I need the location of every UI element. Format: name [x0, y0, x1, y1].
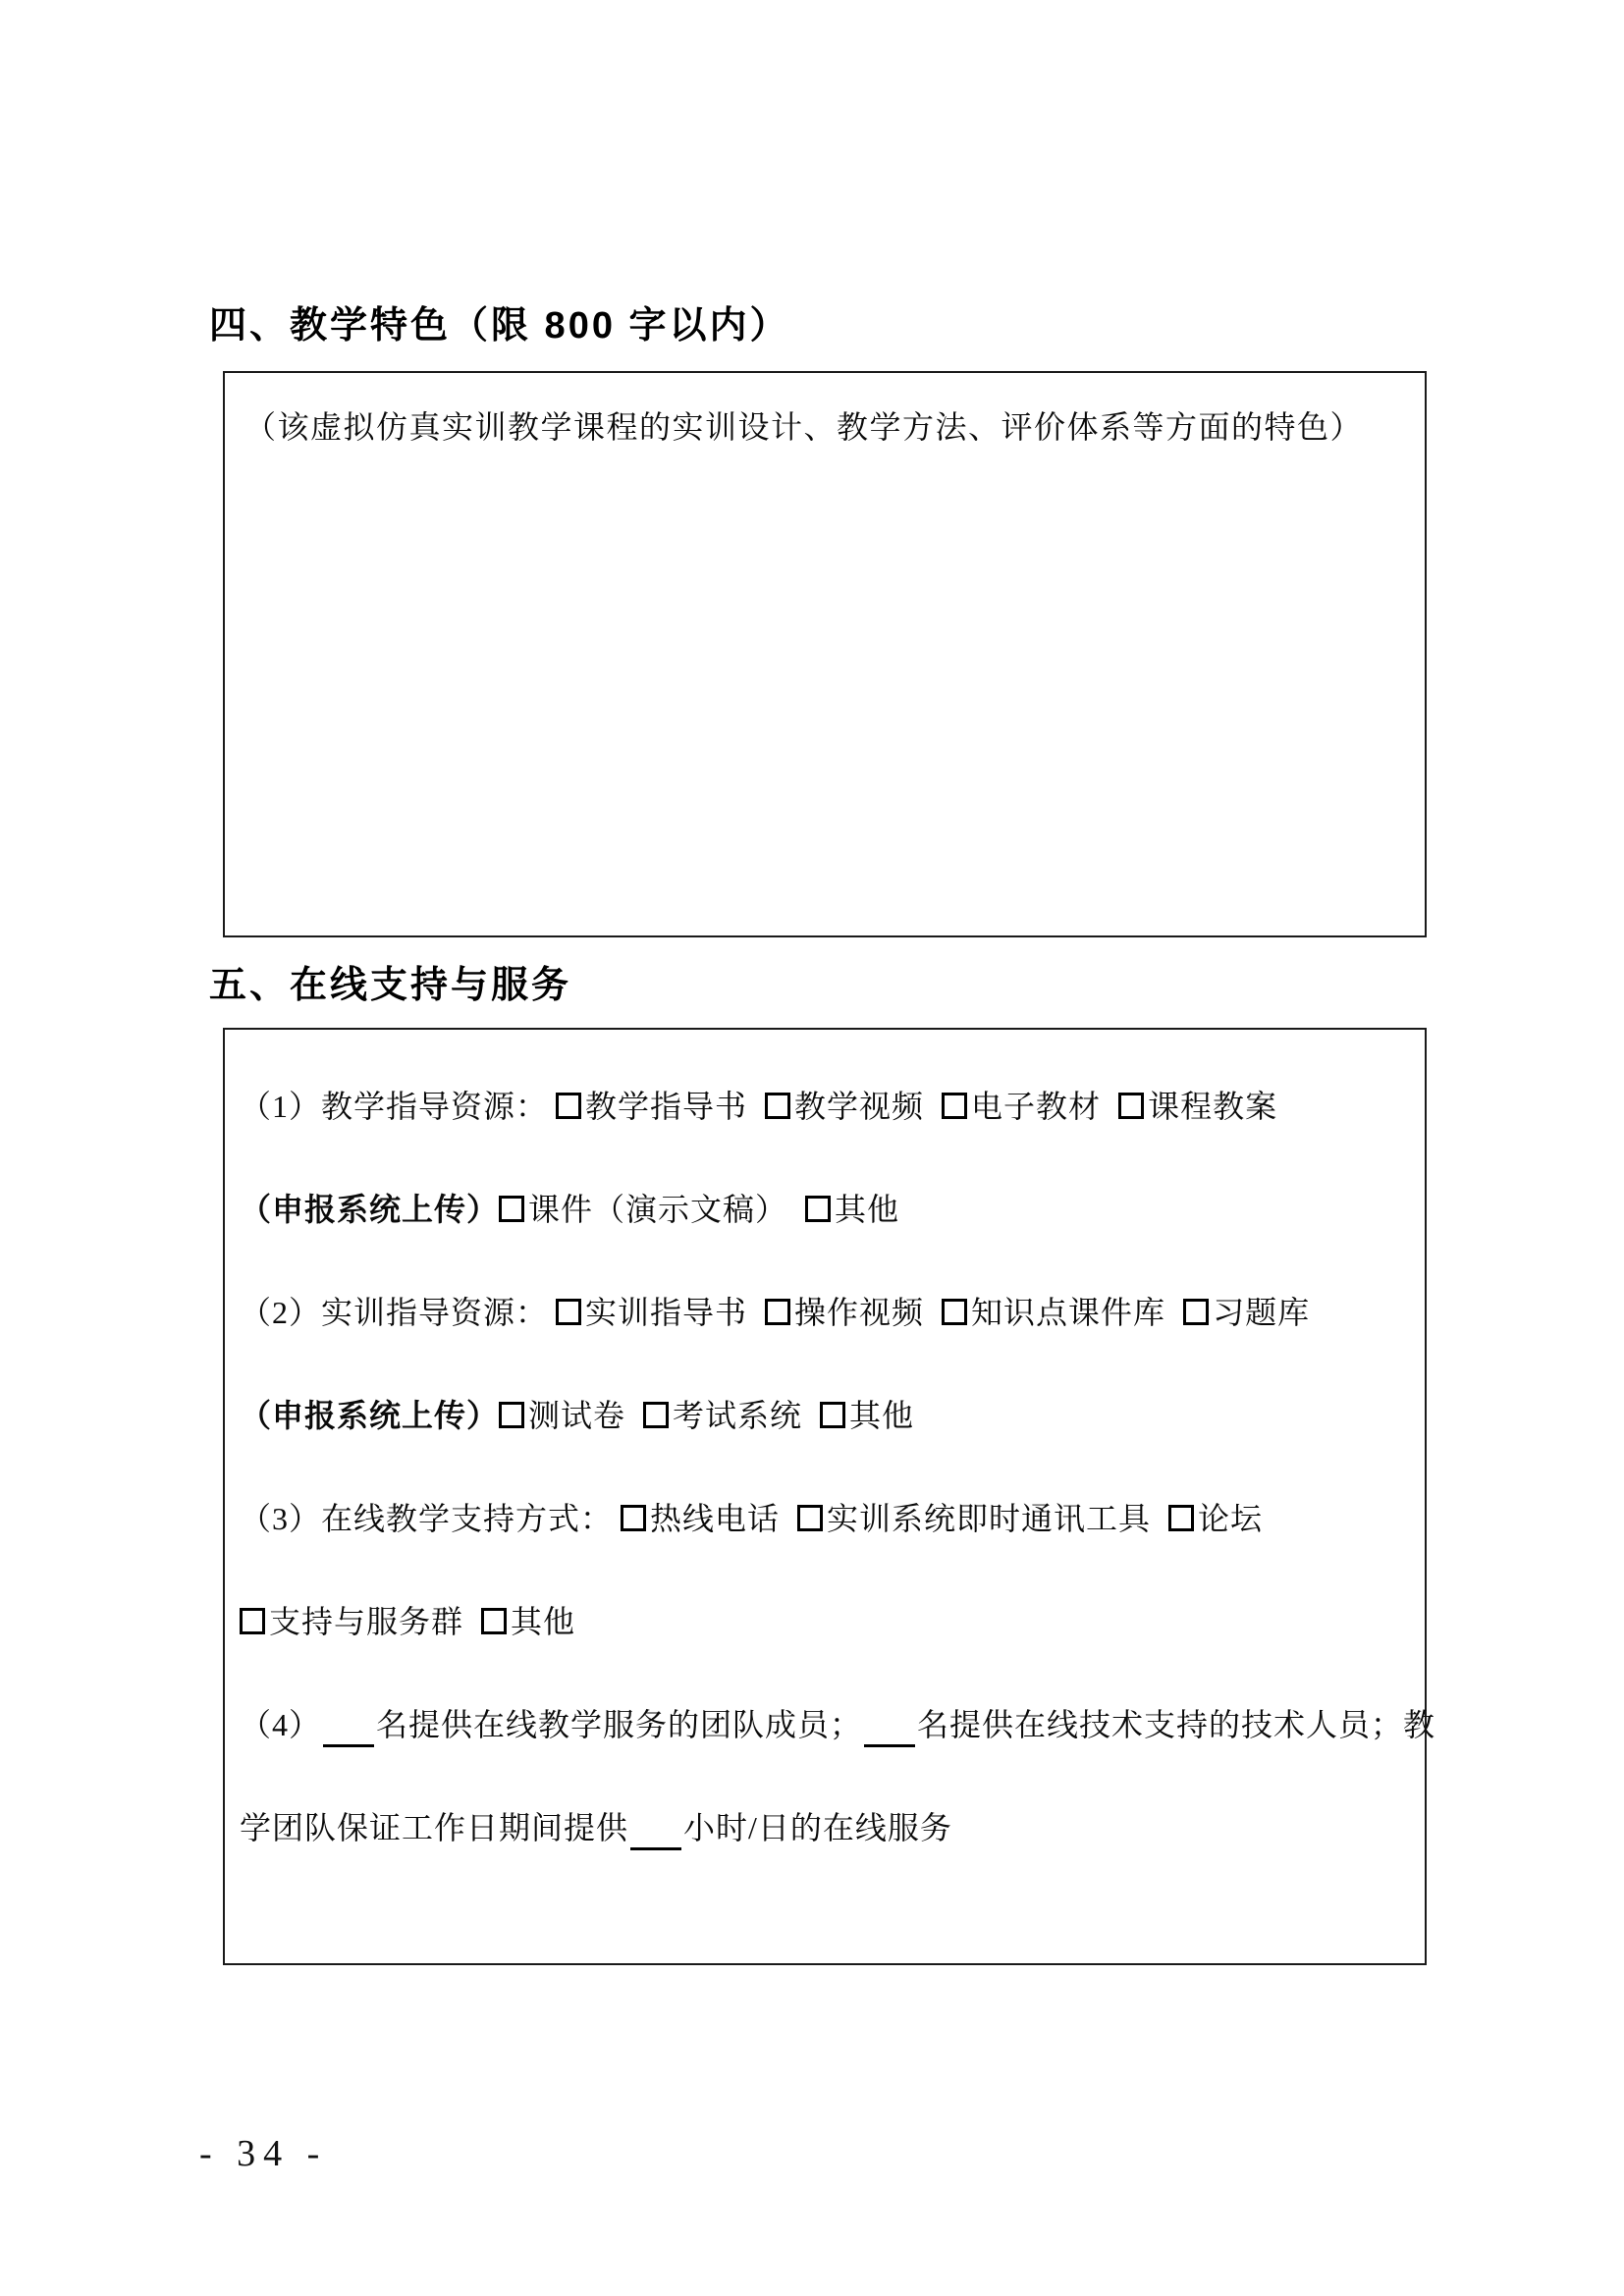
checkbox-label: 教学视频	[794, 1089, 924, 1124]
section-5-heading: 五、在线支持与服务	[209, 954, 571, 1008]
checkbox-option: 课程教案	[1118, 1084, 1277, 1129]
checkbox-option: 电子教材	[942, 1084, 1101, 1129]
fill-in-blank[interactable]	[864, 1718, 915, 1747]
checkbox-label: 测试卷	[528, 1398, 625, 1433]
checkbox-icon[interactable]	[499, 1402, 524, 1428]
checkbox-option: 课件（演示文稿）	[499, 1187, 787, 1232]
form-line-1: （1）教学指导资源：教学指导书教学视频电子教材课程教案	[240, 1084, 1419, 1129]
form-line-3: （2）实训指导资源：实训指导书操作视频知识点课件库习题库	[240, 1290, 1419, 1335]
checkbox-icon[interactable]	[765, 1093, 790, 1119]
checkbox-icon[interactable]	[765, 1299, 790, 1325]
section-4-heading: 四、教学特色（限 800 字以内）	[209, 294, 790, 348]
checkbox-option: 知识点课件库	[942, 1290, 1165, 1335]
checkbox-label: 支持与服务群	[269, 1604, 463, 1639]
checkbox-icon[interactable]	[942, 1299, 967, 1325]
checkbox-icon[interactable]	[1118, 1093, 1144, 1119]
checkbox-option: 考试系统	[643, 1393, 802, 1438]
line7-seg3: 名提供在线技术支持的技术人员；教	[917, 1707, 1435, 1742]
checkbox-option: 教学视频	[765, 1084, 924, 1129]
checkbox-label: 课程教案	[1148, 1089, 1277, 1124]
checkbox-option: 论坛	[1168, 1496, 1263, 1541]
line7-seg1: （4）	[240, 1707, 321, 1742]
checkbox-icon[interactable]	[820, 1402, 845, 1428]
checkbox-option: 习题库	[1183, 1290, 1310, 1335]
online-support-box: （1）教学指导资源：教学指导书教学视频电子教材课程教案 （申报系统上传）课件（演…	[223, 1028, 1427, 1965]
checkbox-icon[interactable]	[556, 1093, 581, 1119]
checkbox-icon[interactable]	[481, 1608, 507, 1634]
line8-seg1: 学团队保证工作日期间提供	[240, 1810, 628, 1845]
checkbox-option: 其他	[820, 1393, 914, 1438]
checkbox-icon[interactable]	[1183, 1299, 1209, 1325]
checkbox-label: 其他	[511, 1604, 575, 1639]
checkbox-label: 热线电话	[650, 1501, 780, 1536]
checkbox-label: 课件（演示文稿）	[528, 1192, 787, 1227]
checkbox-icon[interactable]	[621, 1505, 646, 1531]
form-line-8: 学团队保证工作日期间提供小时/日的在线服务	[240, 1805, 1419, 1850]
checkbox-option: 实训系统即时通讯工具	[797, 1496, 1151, 1541]
checkbox-option: 测试卷	[499, 1393, 625, 1438]
checkbox-icon[interactable]	[643, 1402, 669, 1428]
document-page: 四、教学特色（限 800 字以内） （该虚拟仿真实训教学课程的实训设计、教学方法…	[0, 0, 1624, 2296]
line5-prefix: （3）在线教学支持方式：	[240, 1501, 613, 1536]
checkbox-icon[interactable]	[556, 1299, 581, 1325]
checkbox-label: 论坛	[1198, 1501, 1263, 1536]
line7-seg2: 名提供在线教学服务的团队成员；	[376, 1707, 862, 1742]
checkbox-label: 习题库	[1213, 1295, 1310, 1330]
checkbox-label: 实训指导书	[585, 1295, 747, 1330]
checkbox-icon[interactable]	[240, 1608, 265, 1634]
checkbox-label: 实训系统即时通讯工具	[827, 1501, 1151, 1536]
form-line-5: （3）在线教学支持方式：热线电话实训系统即时通讯工具论坛	[240, 1496, 1419, 1541]
line3-prefix: （2）实训指导资源：	[240, 1295, 548, 1330]
checkbox-option: 实训指导书	[556, 1290, 747, 1335]
form-line-4: （申报系统上传）测试卷考试系统其他	[240, 1393, 1419, 1438]
checkbox-icon[interactable]	[499, 1196, 524, 1222]
checkbox-icon[interactable]	[942, 1093, 967, 1119]
checkbox-option: 支持与服务群	[240, 1599, 463, 1644]
checkbox-label: 其他	[835, 1192, 899, 1227]
checkbox-option: 热线电话	[621, 1496, 780, 1541]
line2-prefix: （申报系统上传）	[240, 1192, 499, 1227]
teaching-features-note: （该虚拟仿真实训教学课程的实训设计、教学方法、评价体系等方面的特色）	[244, 402, 1363, 448]
checkbox-label: 知识点课件库	[971, 1295, 1165, 1330]
checkbox-option: 其他	[481, 1599, 575, 1644]
checkbox-label: 其他	[849, 1398, 914, 1433]
checkbox-option: 其他	[805, 1187, 899, 1232]
fill-in-blank[interactable]	[630, 1821, 681, 1850]
checkbox-option: 教学指导书	[556, 1084, 747, 1129]
form-line-7: （4）名提供在线教学服务的团队成员；名提供在线技术支持的技术人员；教	[240, 1702, 1419, 1747]
checkbox-icon[interactable]	[1168, 1505, 1194, 1531]
line4-prefix: （申报系统上传）	[240, 1398, 499, 1433]
form-line-6: 支持与服务群其他	[240, 1599, 1419, 1644]
line8-seg2: 小时/日的在线服务	[683, 1810, 952, 1845]
checkbox-label: 操作视频	[794, 1295, 924, 1330]
checkbox-label: 电子教材	[971, 1089, 1101, 1124]
teaching-features-box: （该虚拟仿真实训教学课程的实训设计、教学方法、评价体系等方面的特色）	[223, 371, 1427, 937]
checkbox-label: 教学指导书	[585, 1089, 747, 1124]
form-line-2: （申报系统上传）课件（演示文稿）其他	[240, 1187, 1419, 1232]
checkbox-icon[interactable]	[797, 1505, 823, 1531]
fill-in-blank[interactable]	[323, 1718, 374, 1747]
checkbox-option: 操作视频	[765, 1290, 924, 1335]
checkbox-icon[interactable]	[805, 1196, 831, 1222]
checkbox-label: 考试系统	[673, 1398, 802, 1433]
line1-prefix: （1）教学指导资源：	[240, 1089, 548, 1124]
page-number: - 34 -	[199, 2132, 327, 2175]
